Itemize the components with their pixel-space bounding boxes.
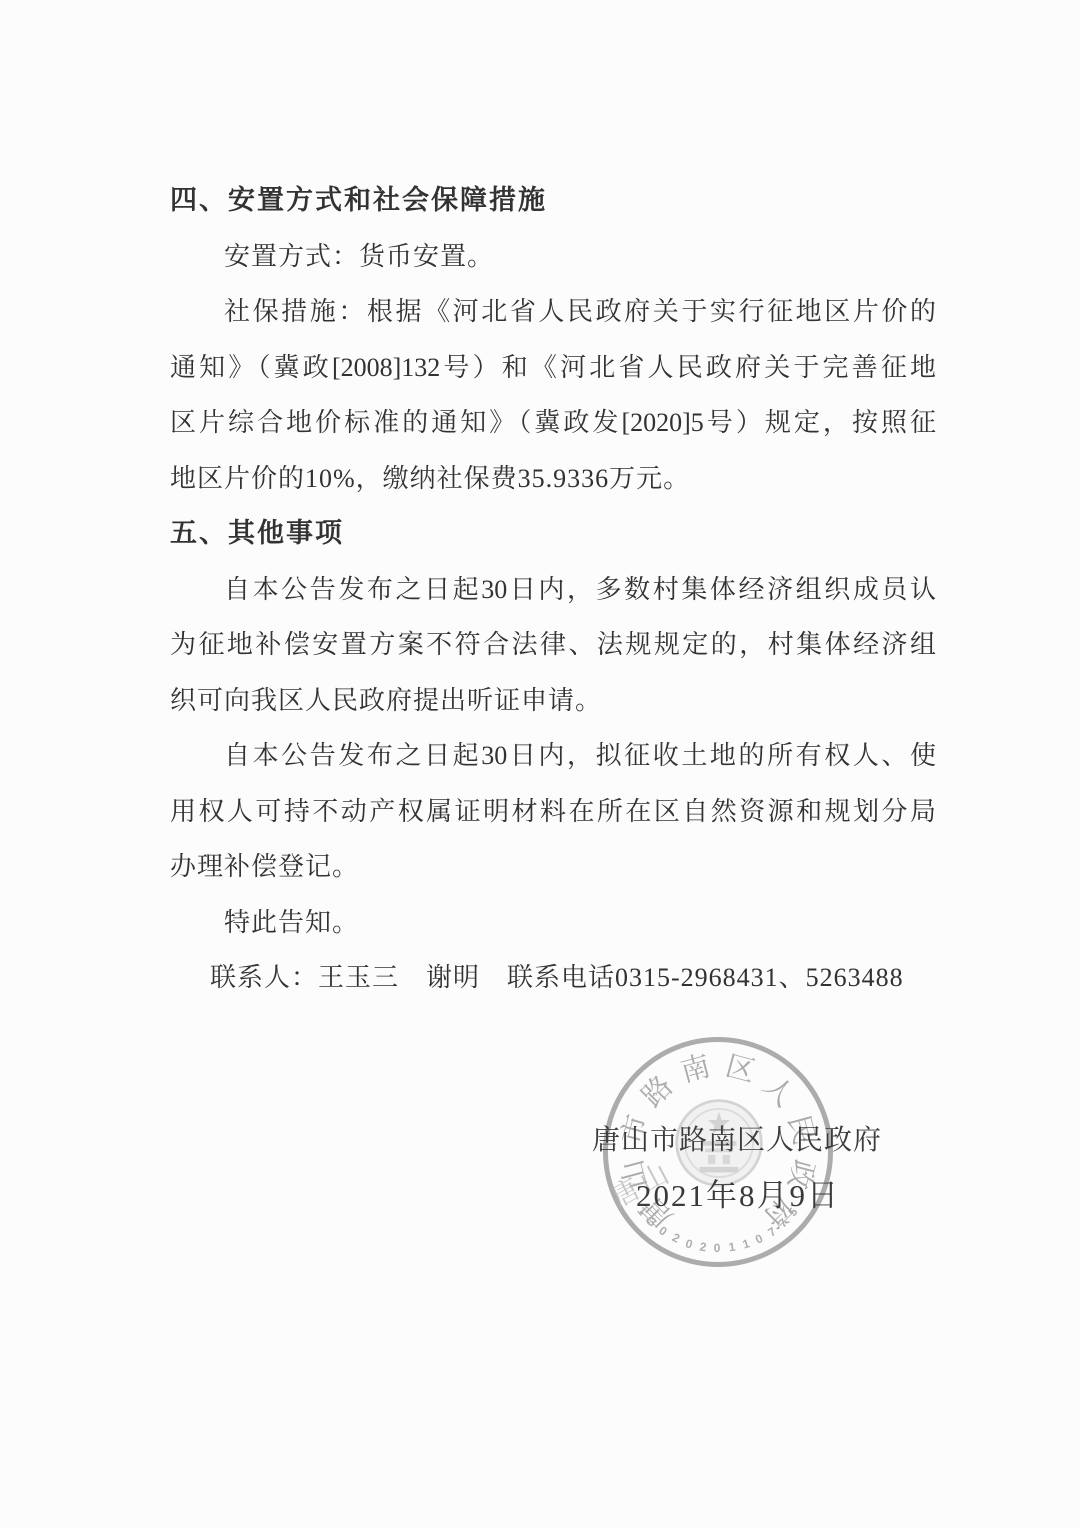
contact-line: 联系人：王玉三 谢明 联系电话0315-2968431、5263488 xyxy=(170,950,936,1006)
sec4-placement-line: 安置方式：货币安置。 xyxy=(170,229,936,285)
sec4-shebao-line-4: 地区片价的10%，缴纳社保费35.9336万元。 xyxy=(170,451,936,507)
sec5-para1-line-1: 自本公告发布之日起30日内，多数村集体经济组织成员认 xyxy=(170,562,936,618)
closing-line: 特此告知。 xyxy=(170,895,936,951)
sec5-para2-line-2: 用权人可持不动产权属证明材料在所在区自然资源和规划分局 xyxy=(170,784,936,840)
issuer-signature: 唐山市路南区人民政府 xyxy=(592,1124,882,1158)
sec4-shebao-line-2: 通知》（冀政[2008]132号）和《河北省人民政府关于完善征地 xyxy=(170,340,936,396)
issue-date: 2021年8月9日 xyxy=(636,1178,840,1214)
sec4-shebao-line-1: 社保措施：根据《河北省人民政府关于实行征地区片价的 xyxy=(170,284,936,340)
sec5-para2-line-1: 自本公告发布之日起30日内，拟征收土地的所有权人、使 xyxy=(170,728,936,784)
sec5-para1-line-2: 为征地补偿安置方案不符合法律、法规规定的，村集体经济组 xyxy=(170,617,936,673)
sec5-para2-line-3: 办理补偿登记。 xyxy=(170,839,936,895)
sec5-para1-line-3: 织可向我区人民政府提出听证申请。 xyxy=(170,673,936,729)
announcement-body: 四、安置方式和社会保障措施 安置方式：货币安置。 社保措施：根据《河北省人民政府… xyxy=(170,173,936,1006)
section4-heading: 四、安置方式和社会保障措施 xyxy=(170,173,936,229)
section5-heading: 五、其他事项 xyxy=(170,506,936,562)
sec4-shebao-line-3: 区片综合地价标准的通知》（冀政发[2020]5号）规定，按照征 xyxy=(170,395,936,451)
document-page: 四、安置方式和社会保障措施 安置方式：货币安置。 社保措施：根据《河北省人民政府… xyxy=(0,0,1080,1528)
